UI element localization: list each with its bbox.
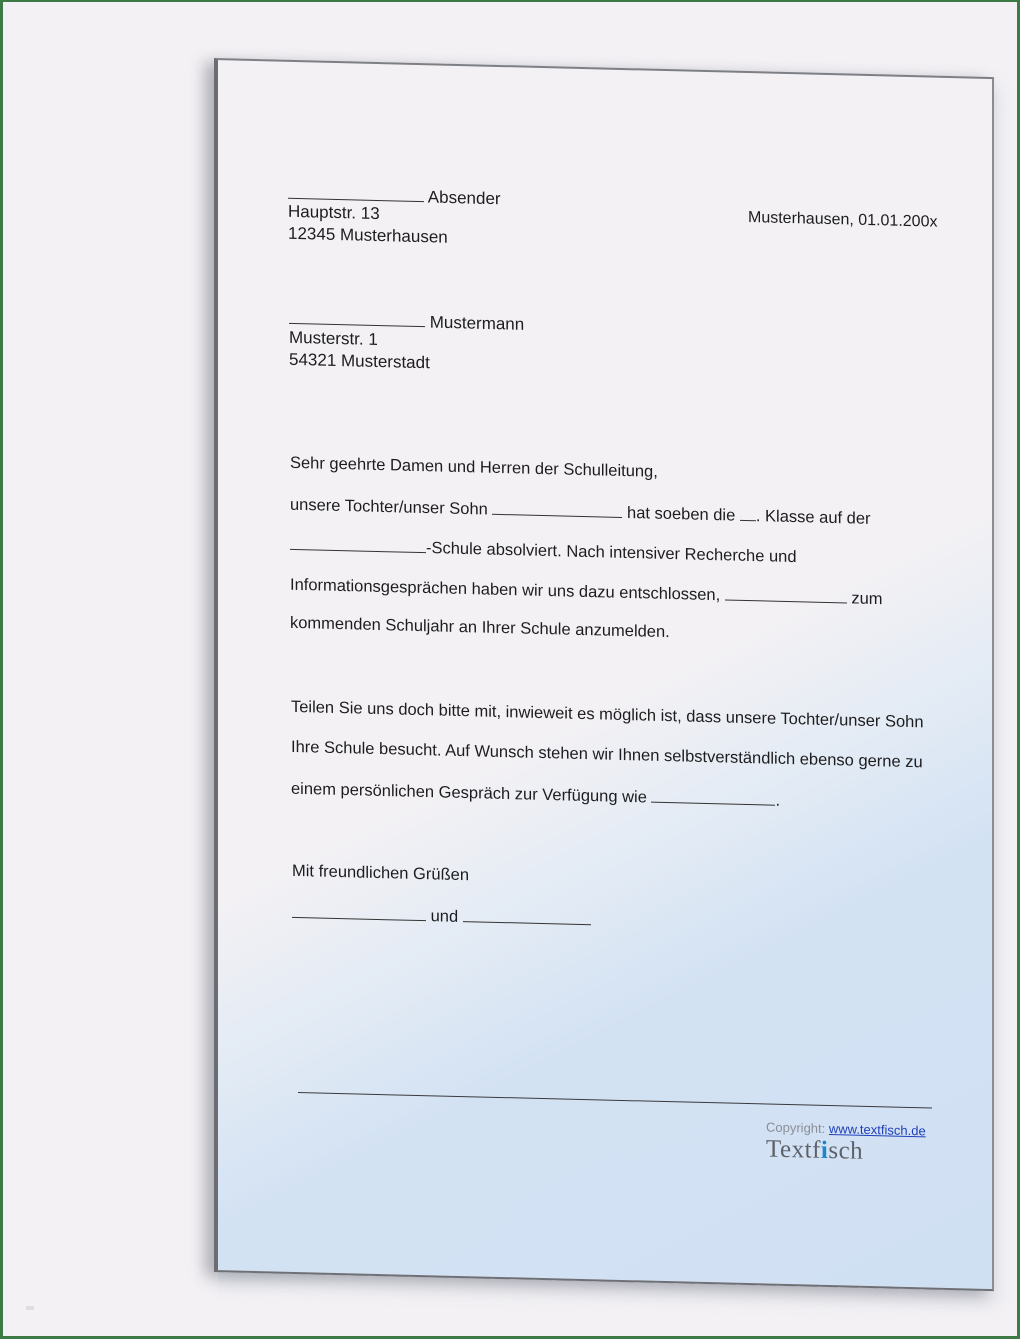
sender-name-label: Absender — [428, 188, 501, 209]
text-segment: einem persönlichen Gespräch zur Verfügun… — [291, 780, 647, 807]
text-segment: und — [431, 907, 459, 926]
watermark-mark — [26, 1306, 34, 1310]
sender-street: Hauptstr. 13 — [288, 202, 380, 225]
recipient-city: 54321 Musterstadt — [289, 350, 430, 374]
text-segment: Informationsgesprächen haben wir uns daz… — [290, 576, 720, 605]
school-name-blank — [290, 534, 426, 553]
copyright-link[interactable]: www.textfisch.de — [829, 1121, 926, 1138]
text-segment: unsere Tochter/unser Sohn — [290, 496, 488, 519]
salutation: Sehr geehrte Damen und Herren der Schull… — [290, 454, 658, 483]
paragraph2-line3: einem persönlichen Gespräch zur Verfügun… — [291, 778, 780, 812]
paragraph1-line1: unsere Tochter/unser Sohn hat soeben die… — [290, 494, 871, 530]
availability-blank — [651, 787, 775, 806]
text-segment: zum — [851, 589, 882, 608]
signature-blank-2 — [463, 906, 591, 925]
date-line: Musterhausen, 01.01.200x — [748, 208, 937, 232]
recipient-name-blank — [289, 308, 425, 328]
logo-text: Textf — [766, 1135, 821, 1163]
signature-blank-1 — [292, 902, 426, 921]
copyright-label: Copyright: — [766, 1119, 825, 1135]
signature-line: und — [292, 902, 591, 931]
letter-page-mockup: Absender Hauptstr. 13 12345 Musterhausen… — [214, 58, 994, 1291]
paragraph2-line1: Teilen Sie uns doch bitte mit, inwieweit… — [291, 698, 924, 733]
text-segment: . — [775, 792, 780, 810]
textfisch-logo: Textfisch — [766, 1135, 863, 1165]
recipient-name-label: Mustermann — [430, 313, 524, 334]
closing: Mit freundlichen Grüßen — [292, 862, 469, 886]
text-segment: -Schule absolviert. Nach intensiver Rech… — [426, 539, 797, 566]
grade-blank — [740, 505, 756, 521]
sender-city: 12345 Musterhausen — [288, 224, 448, 248]
paragraph1-line4: kommenden Schuljahr an Ihrer Schule anzu… — [290, 614, 670, 643]
recipient-street: Musterstr. 1 — [289, 328, 378, 351]
text-segment: hat soeben die — [627, 504, 735, 525]
pronoun-blank — [725, 584, 847, 603]
paragraph1-line3: Informationsgesprächen haben wir uns daz… — [290, 574, 883, 610]
paragraph2-line2: Ihre Schule besucht. Auf Wunsch stehen w… — [291, 738, 923, 773]
footer-divider — [298, 1092, 932, 1108]
logo-text: sch — [828, 1137, 863, 1165]
paragraph1-line2: -Schule absolviert. Nach intensiver Rech… — [290, 534, 797, 568]
letter-page: Absender Hauptstr. 13 12345 Musterhausen… — [214, 58, 994, 1291]
text-segment: . Klasse auf der — [756, 507, 871, 528]
child-name-blank — [492, 499, 622, 518]
sender-name-blank — [288, 183, 424, 203]
